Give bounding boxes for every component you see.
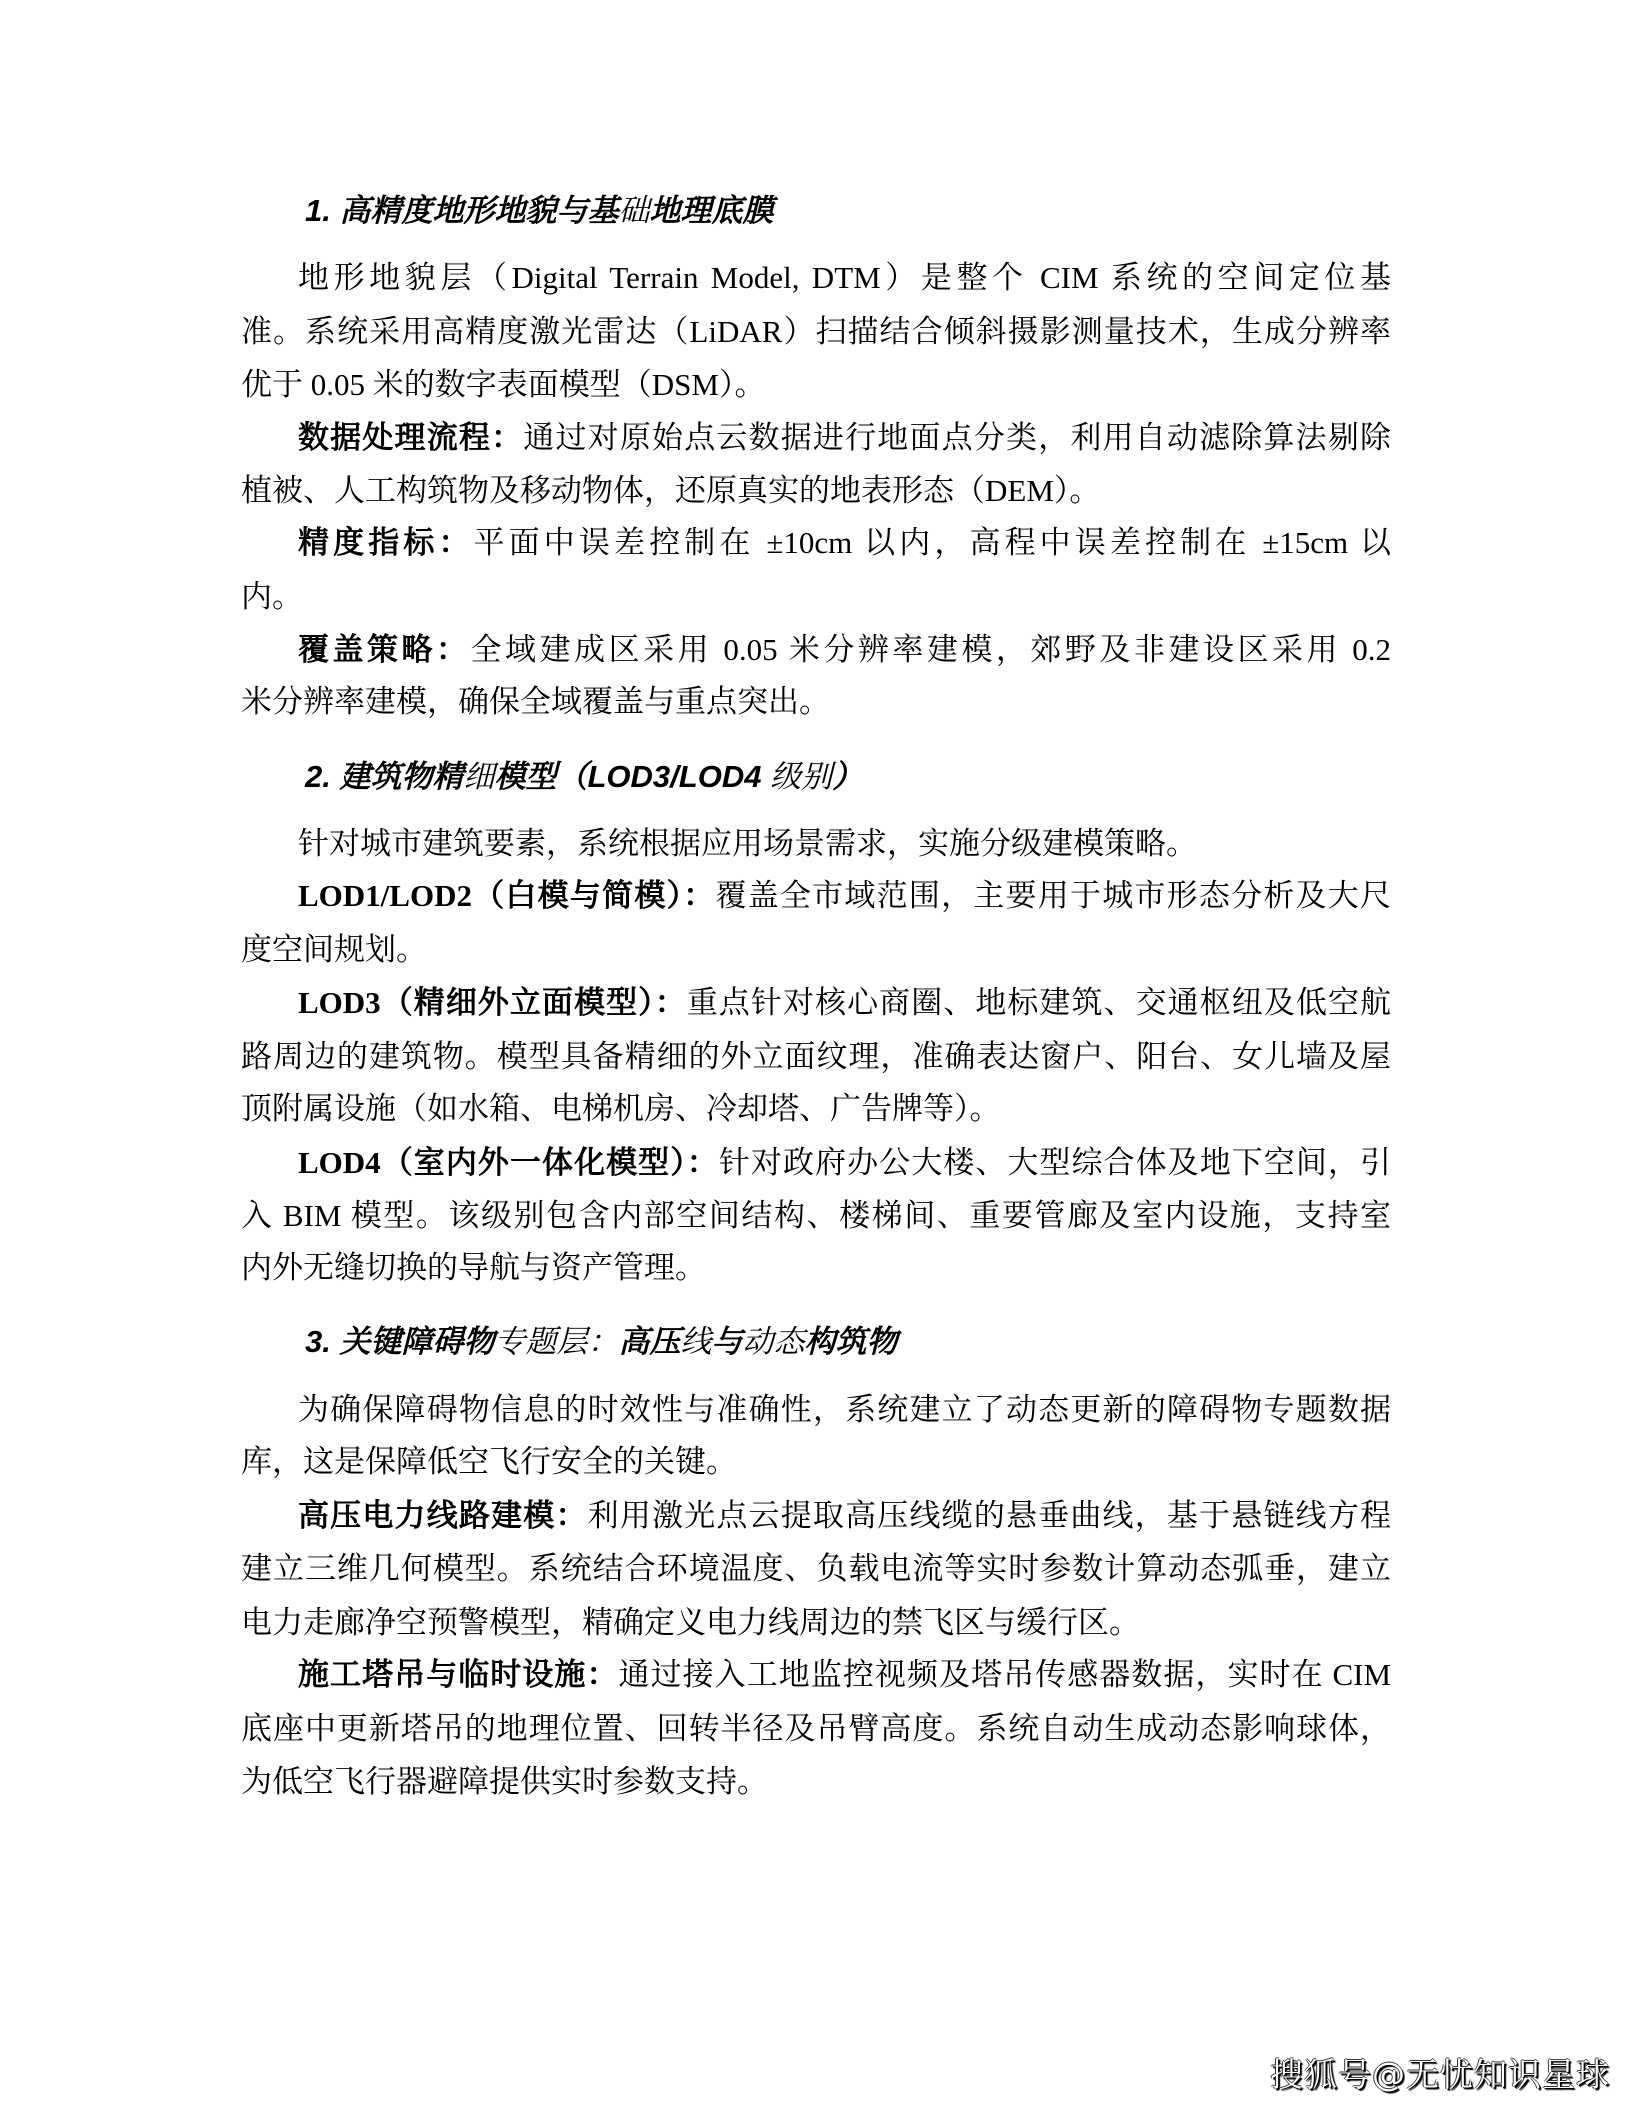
body-text: 覆盖全市域范围，主要用于城市形态分析及大尺	[716, 878, 1392, 913]
body-text: 库，这是保障低空飞行安全的关键。	[241, 1444, 737, 1479]
body-text: 内外无缝切换的导航与资产管理。	[241, 1250, 706, 1285]
body-text: 底座中更新塔吊的地理位置、回转半径及吊臂高度。系统自动生成动态影响球体，	[241, 1711, 1391, 1746]
heading-text: 建筑物精	[339, 759, 463, 794]
heading-text: 动态	[742, 1324, 804, 1359]
body-text: 入 BIM 模型。该级别包含内部空间结构、楼梯间、重要管廊及室内设施，支持室	[241, 1198, 1391, 1233]
body-text: 通过接入工地监控视频及塔吊传感器数据，实时在 CIM	[619, 1657, 1392, 1692]
bold-label: LOD1/LOD2（白模与简模）：	[298, 878, 716, 913]
paragraph-line: 施工塔吊与临时设施：通过接入工地监控视频及塔吊传感器数据，实时在 CIM	[298, 1653, 1391, 1697]
paragraph-line: 米分辨率建模，确保全域覆盖与重点突出。	[241, 680, 1391, 724]
heading-text: 与	[711, 1324, 742, 1359]
bold-label: 精度指标：	[298, 525, 474, 560]
paragraph-line: LOD4（室内外一体化模型）：针对政府办公大楼、大型综合体及地下空间，引	[298, 1141, 1391, 1185]
body-text: 路周边的建筑物。模型具备精细的外立面纹理，准确表达窗户、阳台、女儿墙及屋	[241, 1039, 1391, 1074]
paragraph-line: LOD3（精细外立面模型）：重点针对核心商圈、地标建筑、交通枢纽及低空航	[298, 981, 1391, 1025]
section-heading-1: 1. 高精度地形地貌与基础地理底膜	[305, 189, 773, 233]
body-text: 建立三维几何模型。系统结合环境温度、负载电流等实时参数计算动态弧垂，建立	[241, 1551, 1391, 1586]
body-text: 重点针对核心商圈、地标建筑、交通枢纽及低空航	[687, 985, 1391, 1020]
heading-text: 高精度地形地貌与基	[339, 193, 618, 228]
paragraph-line: 准。系统采用高精度激光雷达（LiDAR）扫描结合倾斜摄影测量技术，生成分辨率	[241, 310, 1391, 354]
body-text: 顶附属设施（如水箱、电梯机房、冷却塔、广告牌等）。	[241, 1091, 1001, 1126]
paragraph-line: 底座中更新塔吊的地理位置、回转半径及吊臂高度。系统自动生成动态影响球体，	[241, 1707, 1391, 1751]
heading-text: 础	[618, 193, 649, 228]
paragraph-line: 建立三维几何模型。系统结合环境温度、负载电流等实时参数计算动态弧垂，建立	[241, 1547, 1391, 1591]
body-text: 电力走廊净空预警模型，精确定义电力线周边的禁飞区与缓行区。	[241, 1605, 1140, 1640]
paragraph-line: 库，这是保障低空飞行安全的关键。	[241, 1440, 1391, 1484]
paragraph-line: 高压电力线路建模：利用激光点云提取高压线缆的悬垂曲线，基于悬链线方程	[298, 1494, 1391, 1538]
paragraph-line: 内外无缝切换的导航与资产管理。	[241, 1246, 1391, 1290]
heading-text: ）	[832, 759, 863, 794]
section-heading-3: 3. 关键障碍物专题层：高压线与动态构筑物	[305, 1320, 897, 1364]
bold-label: 覆盖策略：	[298, 632, 471, 667]
body-text: 平面中误差控制在 ±10cm 以内，高程中误差控制在 ±15cm 以	[474, 525, 1391, 560]
body-text: 为低空飞行器避障提供实时参数支持。	[241, 1764, 768, 1799]
heading-text: 地理底膜	[649, 193, 773, 228]
bold-label: 高压电力线路建模：	[298, 1498, 588, 1533]
heading-text: 构筑物	[804, 1324, 897, 1359]
heading-text: 专题层：	[494, 1324, 618, 1359]
paragraph-line: LOD1/LOD2（白模与简模）：覆盖全市域范围，主要用于城市形态分析及大尺	[298, 874, 1391, 918]
body-text: 内。	[241, 579, 303, 614]
paragraph-line: 针对城市建筑要素，系统根据应用场景需求，实施分级建模策略。	[298, 822, 1391, 866]
heading-text: 细	[463, 759, 494, 794]
paragraph-line: 顶附属设施（如水箱、电梯机房、冷却塔、广告牌等）。	[241, 1087, 1391, 1131]
body-text: 通过对原始点云数据进行地面点分类，利用自动滤除算法剔除	[523, 420, 1391, 455]
body-text: 准。系统采用高精度激光雷达（LiDAR）扫描结合倾斜摄影测量技术，生成分辨率	[241, 314, 1391, 349]
bold-label: LOD3（精细外立面模型）：	[298, 985, 687, 1020]
body-text: 针对城市建筑要素，系统根据应用场景需求，实施分级建模策略。	[298, 826, 1197, 861]
paragraph-line: 优于 0.05 米的数字表面模型（DSM）。	[241, 363, 1391, 407]
paragraph-line: 为确保障碍物信息的时效性与准确性，系统建立了动态更新的障碍物专题数据	[298, 1388, 1391, 1432]
document-page: 1. 高精度地形地貌与基础地理底膜 地形地貌层（Digital Terrain …	[0, 0, 1632, 2112]
body-text: 度空间规划。	[241, 932, 427, 967]
heading-number: 2.	[305, 759, 331, 794]
paragraph-line: 覆盖策略：全域建成区采用 0.05 米分辨率建模，郊野及非建设区采用 0.2	[298, 628, 1391, 672]
paragraph-line: 度空间规划。	[241, 928, 1391, 972]
body-text: 优于 0.05 米的数字表面模型（DSM）。	[241, 367, 765, 402]
body-text: 米分辨率建模，确保全域覆盖与重点突出。	[241, 684, 830, 719]
body-text: 植被、人工构筑物及移动物体，还原真实的地表形态（DEM）。	[241, 473, 1100, 508]
section-heading-2: 2. 建筑物精细模型（LOD3/LOD4 级别）	[305, 755, 863, 799]
paragraph-line: 内。	[241, 575, 1391, 619]
body-text: 针对政府办公大楼、大型综合体及地下空间，引	[719, 1145, 1391, 1180]
watermark: 搜狐号@无忧知识星球	[1270, 2052, 1610, 2098]
paragraph-line: 精度指标：平面中误差控制在 ±10cm 以内，高程中误差控制在 ±15cm 以	[298, 521, 1391, 565]
paragraph-line: 为低空飞行器避障提供实时参数支持。	[241, 1760, 1391, 1804]
paragraph-line: 电力走廊净空预警模型，精确定义电力线周边的禁飞区与缓行区。	[241, 1601, 1391, 1645]
heading-text: 线	[680, 1324, 711, 1359]
heading-text: 关键障碍物	[339, 1324, 494, 1359]
bold-label: 施工塔吊与临时设施：	[298, 1657, 619, 1692]
body-text: 为确保障碍物信息的时效性与准确性，系统建立了动态更新的障碍物专题数据	[298, 1392, 1391, 1427]
paragraph-line: 地形地貌层（Digital Terrain Model, DTM）是整个 CIM…	[298, 256, 1391, 300]
paragraph-line: 路周边的建筑物。模型具备精细的外立面纹理，准确表达窗户、阳台、女儿墙及屋	[241, 1035, 1391, 1079]
bold-label: LOD4（室内外一体化模型）：	[298, 1145, 719, 1180]
heading-number: 1.	[305, 193, 331, 228]
body-text: 利用激光点云提取高压线缆的悬垂曲线，基于悬链线方程	[588, 1498, 1391, 1533]
paragraph-line: 入 BIM 模型。该级别包含内部空间结构、楼梯间、重要管廊及室内设施，支持室	[241, 1194, 1391, 1238]
heading-text: 高压	[618, 1324, 680, 1359]
heading-number: 3.	[305, 1324, 331, 1359]
heading-text: 模型（LOD3/LOD4	[494, 759, 770, 794]
heading-text: 级别	[770, 759, 832, 794]
bold-label: 数据处理流程：	[298, 420, 523, 455]
body-text: 地形地貌层（Digital Terrain Model, DTM）是整个 CIM…	[298, 260, 1391, 295]
paragraph-line: 植被、人工构筑物及移动物体，还原真实的地表形态（DEM）。	[241, 469, 1391, 513]
body-text: 全域建成区采用 0.05 米分辨率建模，郊野及非建设区采用 0.2	[471, 632, 1391, 667]
paragraph-line: 数据处理流程：通过对原始点云数据进行地面点分类，利用自动滤除算法剔除	[298, 416, 1391, 460]
